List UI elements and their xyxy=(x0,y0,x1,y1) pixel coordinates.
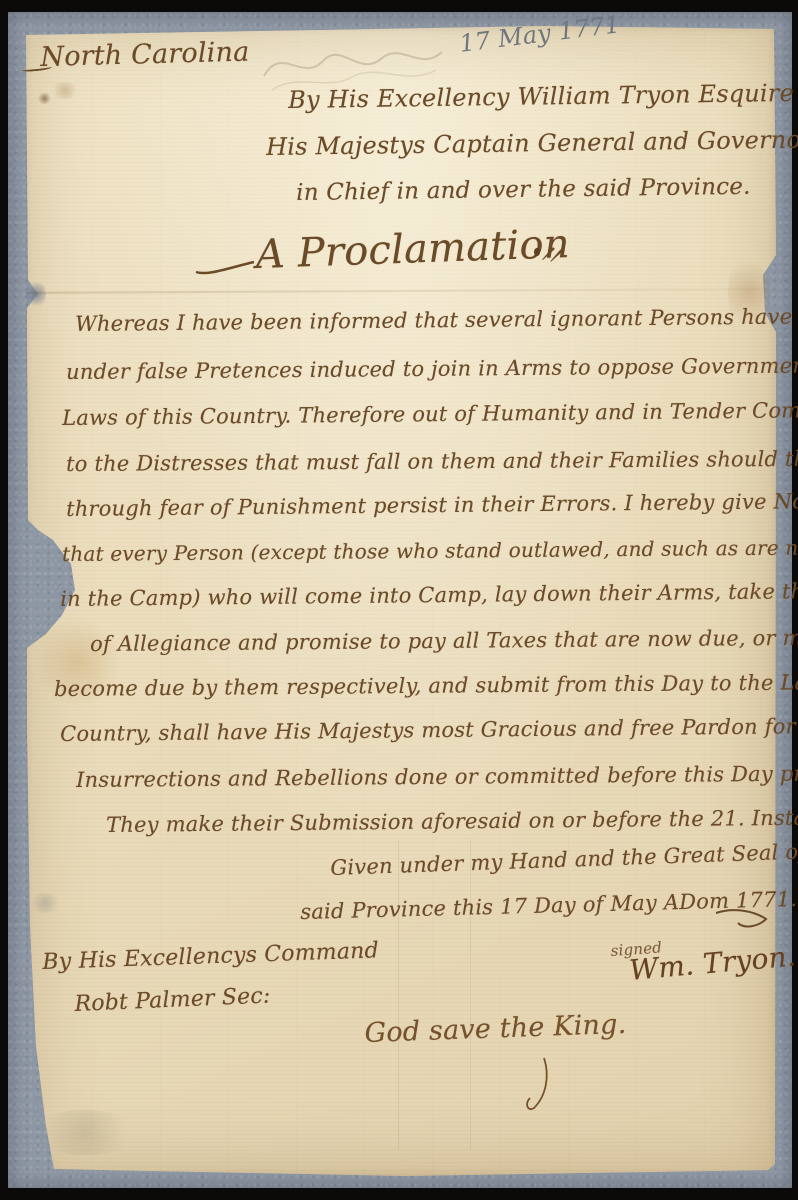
body-line-8: of Allegiance and promise to pay all Tax… xyxy=(90,625,798,656)
heading-line-1: By His Excellency William Tryon Esquire xyxy=(288,79,794,114)
body-line-11: Insurrections and Rebellions done or com… xyxy=(76,761,798,792)
closing-descender-flourish xyxy=(520,1056,560,1114)
body-line-1: Whereas I have been informed that severa… xyxy=(75,304,798,336)
body-line-10: Country, shall have His Majestys most Gr… xyxy=(60,713,798,746)
photograph-backdrop: 17 May 1771 North Carolina By His Excell… xyxy=(0,0,798,1200)
pencil-date-annotation: 17 May 1771 xyxy=(458,10,622,57)
command-line: By His Excellencys Command xyxy=(42,938,379,975)
place-heading: North Carolina xyxy=(40,37,250,73)
body-line-3: Laws of this Country. Therefore out of H… xyxy=(62,397,798,430)
body-line-9: become due by them respectively, and sub… xyxy=(54,670,798,701)
title-swash xyxy=(194,258,256,276)
body-line-5: through fear of Punishment persist in th… xyxy=(66,489,798,521)
manuscript-text-layer: 17 May 1771 North Carolina By His Excell… xyxy=(0,0,798,1200)
document-title: A Proclamation xyxy=(255,221,570,278)
body-line-12: They make their Submission aforesaid on … xyxy=(106,805,798,837)
body-line-2: under false Pretences induced to join in… xyxy=(66,353,798,384)
closing-line: God save the King. xyxy=(364,1009,627,1049)
body-line-4: to the Distresses that must fall on them… xyxy=(66,447,798,476)
secretary-line: Robt Palmer Sec: xyxy=(74,983,271,1017)
heading-line-2: His Majestys Captain General and Governo… xyxy=(266,125,798,161)
dateline-swash xyxy=(714,905,770,931)
dateline-line-1: Given under my Hand and the Great Seal o… xyxy=(330,838,798,880)
body-line-6: that every Person (except those who stan… xyxy=(62,534,798,566)
body-line-7: in the Camp) who will come into Camp, la… xyxy=(60,578,798,611)
heading-line-3: in Chief in and over the said Province. xyxy=(296,174,751,206)
